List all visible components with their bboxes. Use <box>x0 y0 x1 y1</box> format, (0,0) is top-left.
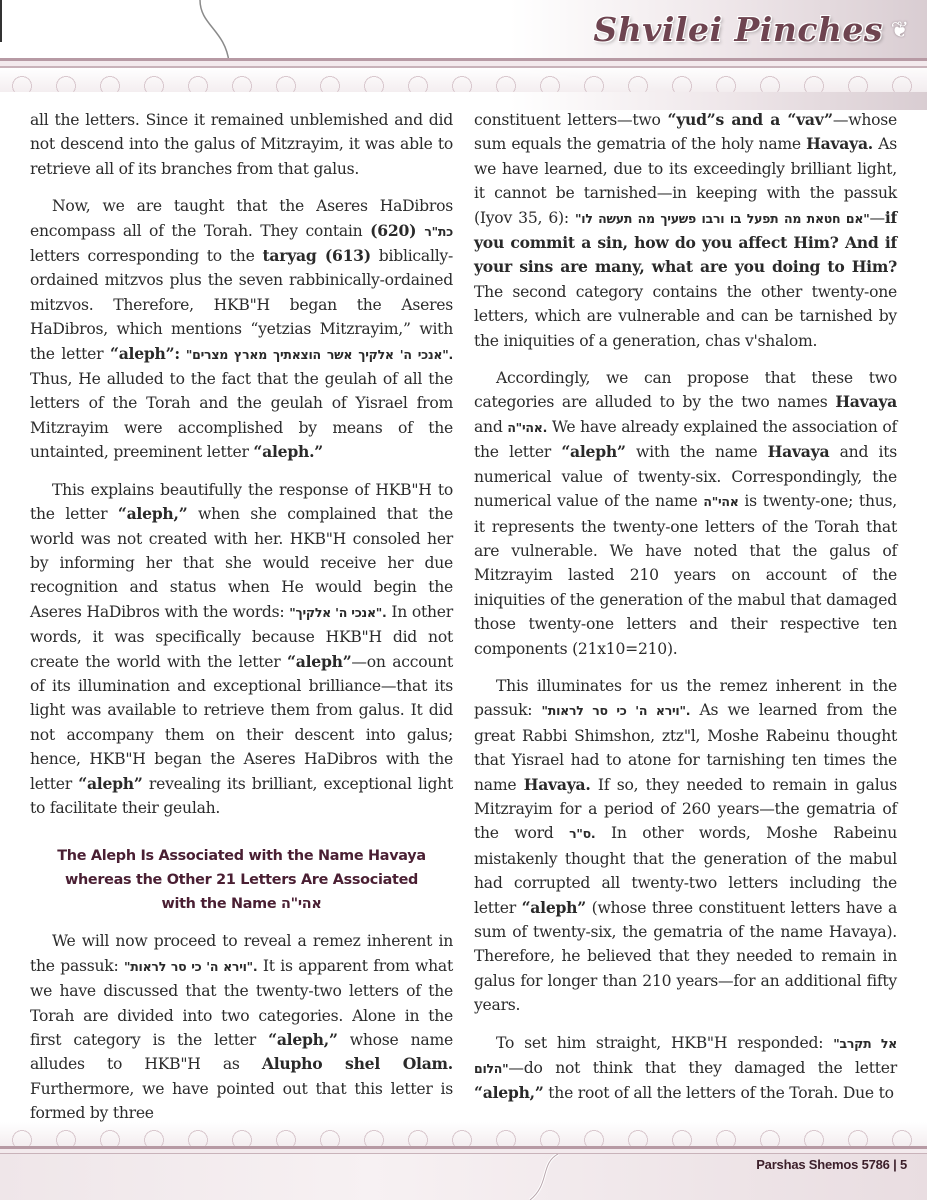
decorative-curve-icon <box>500 1154 560 1200</box>
paragraph: This explains beautifully the response o… <box>30 478 453 821</box>
page-folio: Parshas Shemos 5786 | 5 <box>756 1157 907 1172</box>
publication-title: Shvilei Pinches <box>593 10 883 49</box>
left-edge-line <box>0 0 2 42</box>
paragraph: This illuminates for us the remez inhere… <box>474 674 897 1018</box>
paragraph: Now, we are taught that the Aseres HaDib… <box>30 194 453 464</box>
paragraph: To set him straight, HKB"H responded: "א… <box>474 1031 897 1106</box>
decorative-curve-icon <box>195 0 245 62</box>
footer-rule <box>0 1146 927 1154</box>
left-column: all the letters. Since it remained unble… <box>30 108 453 1126</box>
swirl-ornament-icon: ❦ <box>891 18 909 43</box>
right-column: constituent letters—two “yud”s and a “va… <box>474 108 897 1106</box>
page-header: Shvilei Pinches ❦ <box>0 0 927 110</box>
paragraph: constituent letters—two “yud”s and a “va… <box>474 108 897 353</box>
footer-scroll-border <box>0 1122 927 1146</box>
paragraph: Accordingly, we can propose that these t… <box>474 366 897 661</box>
paragraph: all the letters. Since it remained unble… <box>30 108 453 181</box>
header-scroll-border <box>0 68 927 92</box>
section-heading: The Aleph Is Associated with the Name Ha… <box>30 844 453 916</box>
header-rule <box>0 58 927 68</box>
paragraph: We will now proceed to reveal a remez in… <box>30 929 453 1125</box>
